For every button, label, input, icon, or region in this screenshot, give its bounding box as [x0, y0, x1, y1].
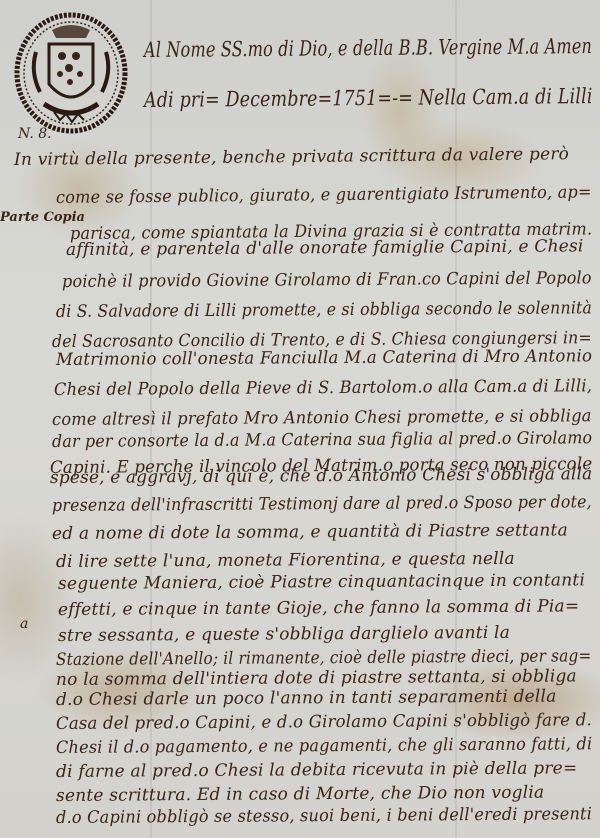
text-line: dar per consorte la d.a M.a Caterina sua…: [52, 428, 592, 452]
text-line: presenza dell'infrascritti Testimonj dar…: [52, 492, 592, 516]
invocation-heading: Al Nome SS.mo di Dio, e della B.B. Vergi…: [144, 34, 592, 62]
text-line: di farne al pred.o Chesi la debita ricev…: [56, 758, 578, 782]
text-line: Casa del pred.o Capini, e d.o Girolamo C…: [56, 710, 592, 734]
text-line: affinità, e parentela d'alle onorate fam…: [66, 236, 584, 260]
text-line: Chesi del Popolo della Pieve di S. Barto…: [54, 376, 592, 400]
document-number: N. 8.: [18, 126, 52, 142]
margin-note: Parte Copia: [0, 210, 85, 225]
text-line: d.o Chesi darle un poco l'anno in tanti …: [56, 687, 557, 710]
text-line: di lire sette l'una, moneta Fiorentina, …: [56, 549, 515, 572]
embossed-seal-icon: [14, 12, 128, 134]
text-line: sente scrittura. Ed in caso di Morte, ch…: [56, 783, 544, 806]
text-line: spese, e aggravj, di qui è, che d.o Anto…: [50, 464, 593, 488]
text-line: Matrimonio coll'onesta Fanciulla M.a Cat…: [56, 346, 592, 370]
text-line: stre sessanta, e queste s'obbliga dargli…: [58, 623, 510, 646]
text-line: come se fosse publico, giurato, e guaren…: [56, 182, 592, 208]
text-line: ed a nome di dote la somma, e quantità d…: [52, 520, 568, 544]
text-line: d.o Capini obbligò se stesso, suoi beni,…: [56, 804, 592, 828]
text-line: Chesi il d.o pagamento, e ne pagamenti, …: [56, 734, 592, 758]
text-line: seguente Maniera, cioè Piastre cinquanta…: [58, 570, 585, 594]
text-line: In virtù della presente, benche privata …: [14, 144, 569, 170]
margin-note: a: [20, 616, 28, 632]
text-line: di S. Salvadore di Lilli promette, e si …: [56, 298, 592, 322]
text-line: poichè il provido Giovine Girolamo di Fr…: [62, 268, 592, 292]
text-line: come altresì il prefato Mro Antonio Ches…: [52, 406, 592, 430]
date-place-heading: Adi pri= Decembre=1751=-= Nella Cam.a di…: [144, 84, 593, 112]
text-line: effetti, e cinque in tante Gioje, che fa…: [58, 596, 579, 620]
manuscript-page: Al Nome SS.mo di Dio, e della B.B. Vergi…: [0, 0, 600, 838]
